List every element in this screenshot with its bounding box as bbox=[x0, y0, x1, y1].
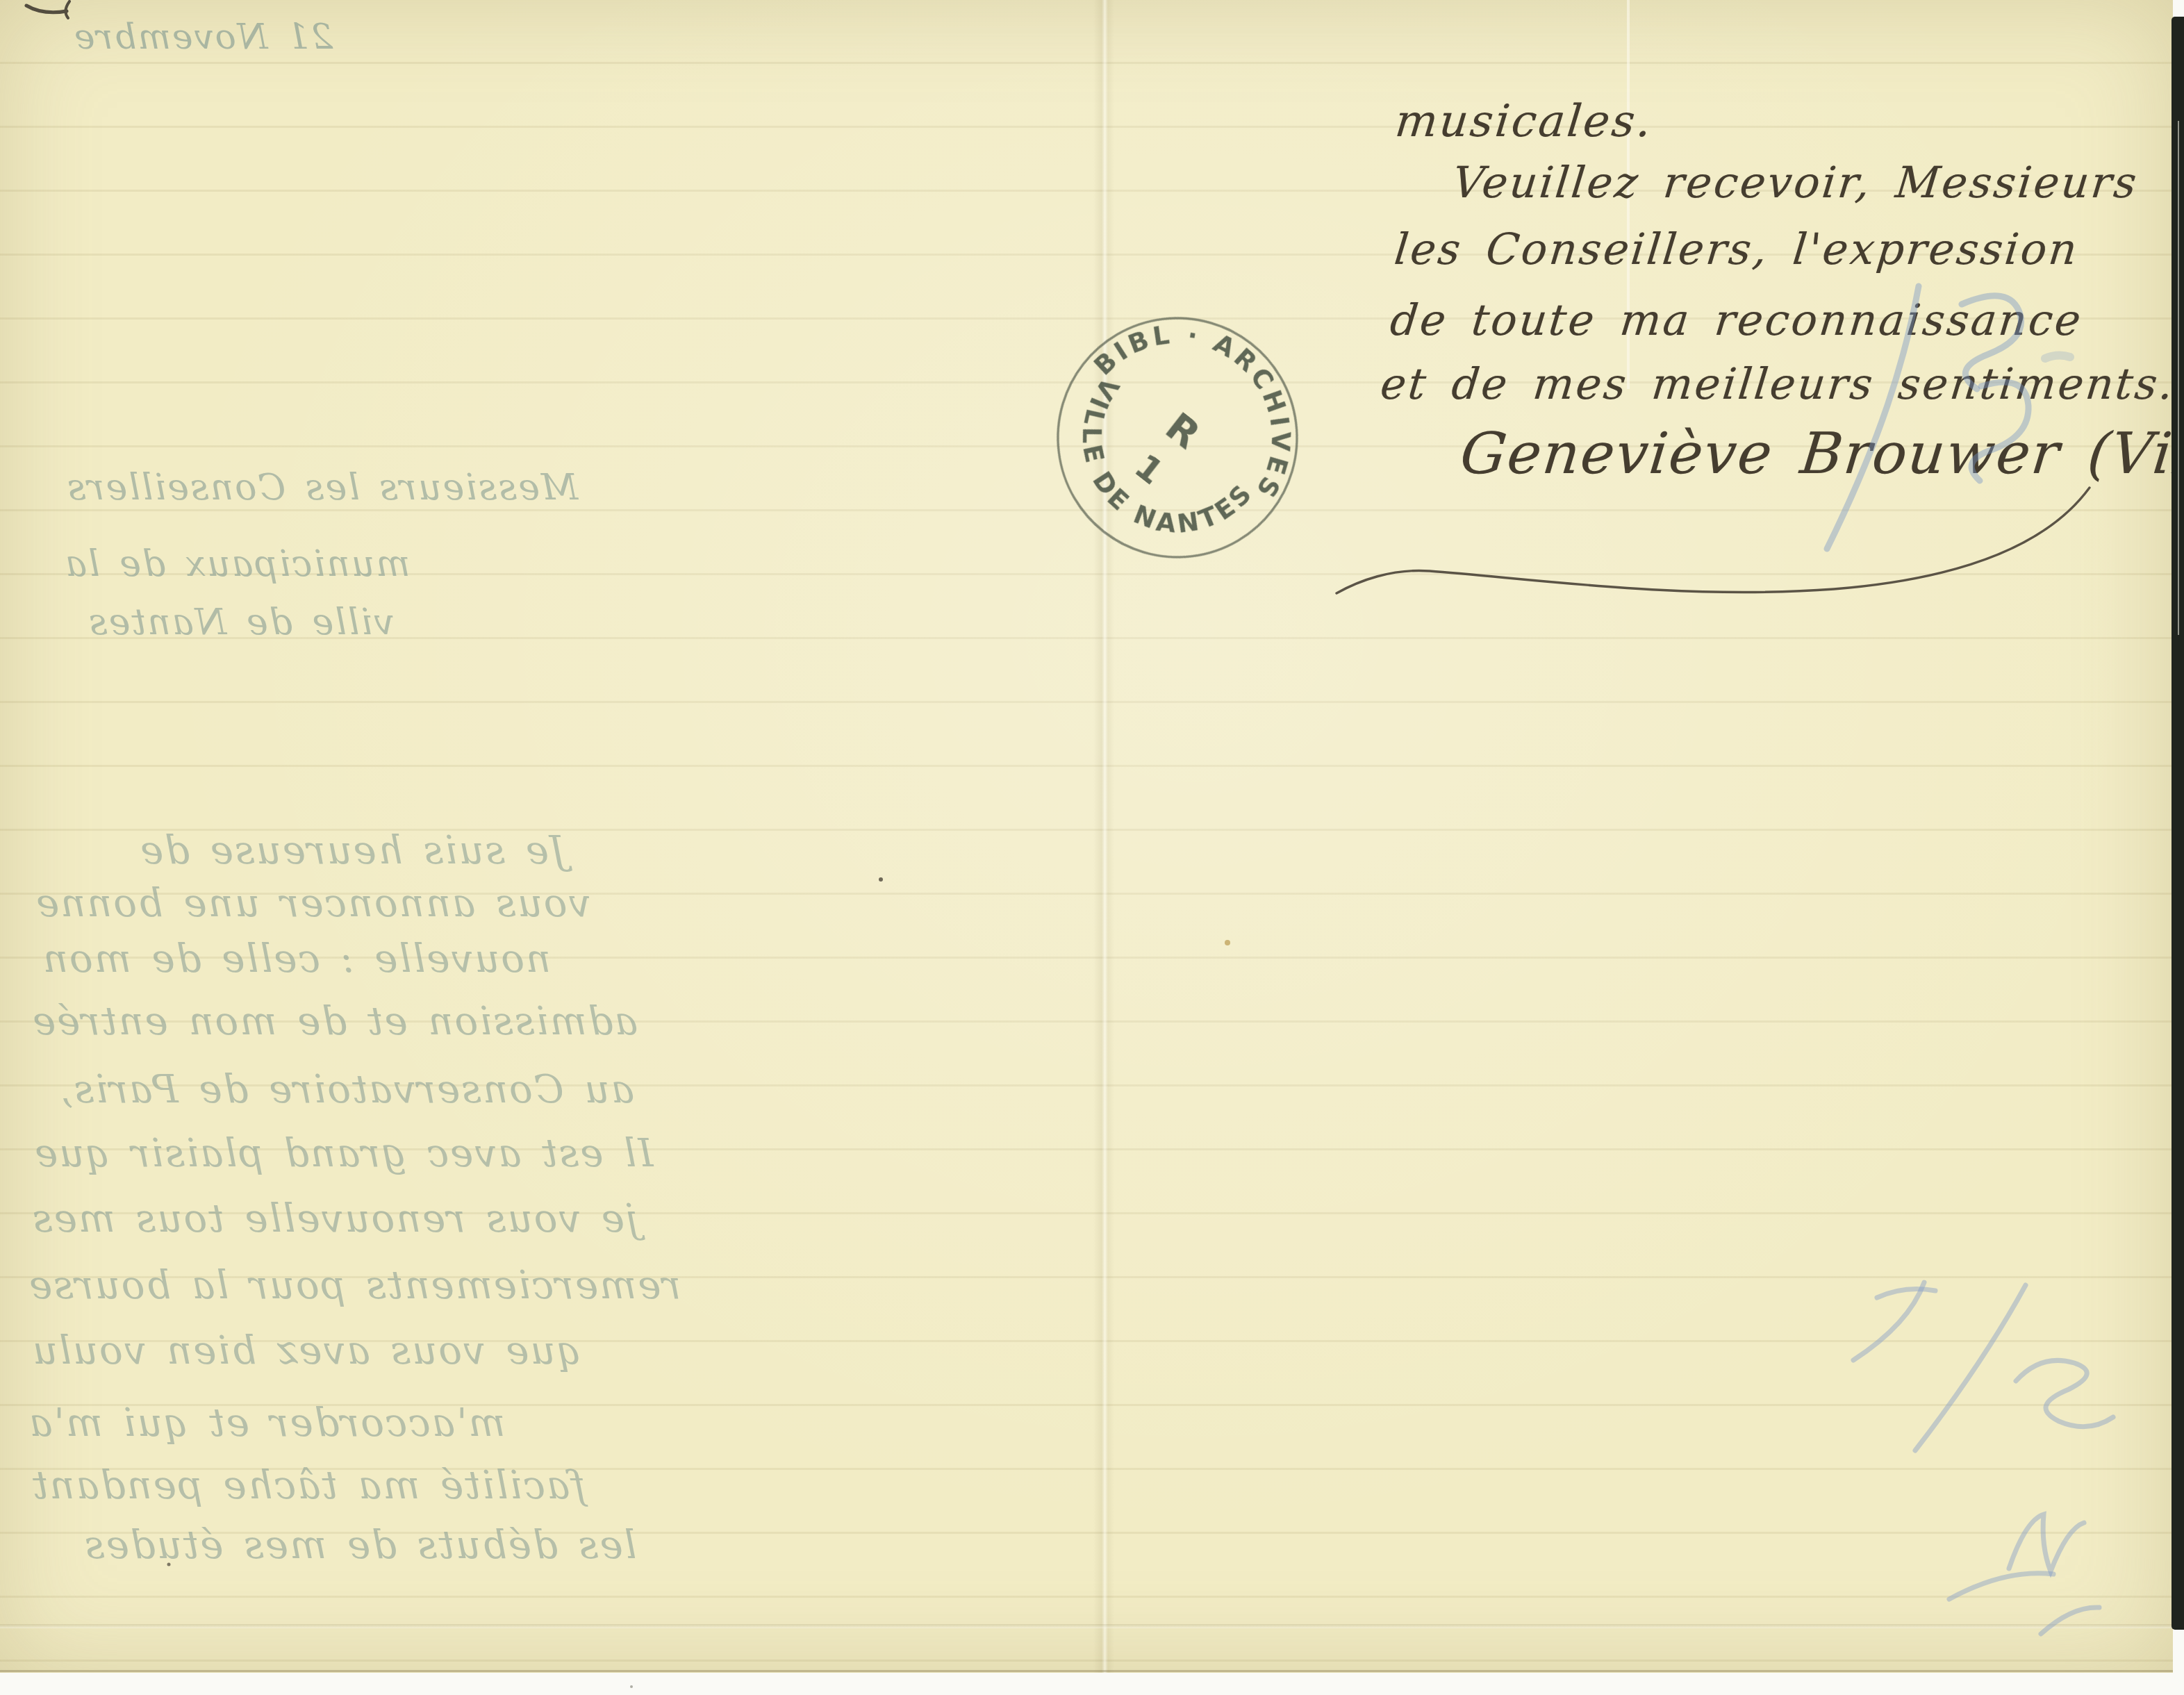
archive-stamp: BIBL · ARCHIVES VILLE DE NANTES R 1 bbox=[1045, 306, 1309, 570]
bleedthrough-body-line: admission et de mon entrée bbox=[31, 999, 638, 1044]
scan-edge-highlight bbox=[2178, 121, 2179, 635]
bleedthrough-body-line: facilité ma tâche pendant bbox=[31, 1463, 586, 1508]
bleedthrough-address-line: ville de Nantes bbox=[88, 602, 395, 643]
letter-line: de toute ma reconnaissance bbox=[1388, 295, 2085, 345]
bleedthrough-body-line: m'accorder et qui m'a bbox=[28, 1400, 506, 1446]
bleedthrough-date: 21 Novembre bbox=[73, 17, 333, 57]
bleedthrough-address-line: municipaux de la bbox=[64, 543, 411, 585]
signature: Geneviève Brouwer (Vix) bbox=[1457, 421, 2184, 487]
bleedthrough-body-line: Il est avec grand plaisir que bbox=[33, 1131, 653, 1176]
bleedthrough-body-line: que vous avez bien voulu bbox=[31, 1328, 581, 1373]
bleedthrough-body-line: je vous renouvelle tous mes bbox=[31, 1196, 638, 1241]
bleedthrough-body-line: vous annoncer une bonne bbox=[35, 881, 590, 926]
bleedthrough-body-line: les débuts de mes études bbox=[83, 1523, 637, 1568]
letter-line: les Conseillers, l'expression bbox=[1392, 224, 2081, 274]
svg-text:BIBL · ARCHIVES: BIBL · ARCHIVES bbox=[1086, 271, 1344, 508]
letter-scan: 21 Novembre Messieurs les Conseillers mu… bbox=[0, 0, 2184, 1695]
center-fold-crease bbox=[1093, 0, 1114, 1673]
letter-line: Veuillez recevoir, Messieurs bbox=[1450, 157, 2141, 208]
bleedthrough-address-line: Messieurs les Conseillers bbox=[66, 467, 578, 508]
paper-bottom-edge bbox=[0, 1670, 2173, 1672]
letter-line: et de mes meilleurs sentiments. bbox=[1378, 358, 2178, 409]
bleedthrough-body-line: nouvelle : celle de mon bbox=[42, 936, 551, 982]
bleedthrough-body-line: remerciements pour la bourse bbox=[28, 1263, 681, 1308]
bottom-fold-crease bbox=[0, 1624, 2173, 1628]
stamp-center-number: 1 bbox=[1127, 446, 1171, 493]
bleedthrough-body-line: au Conservatoire de Paris, bbox=[59, 1067, 634, 1112]
letter-line-opening: musicales. bbox=[1393, 96, 1656, 147]
stamp-center-letter: R bbox=[1157, 404, 1209, 458]
scan-edge-strip bbox=[2171, 17, 2184, 1630]
stamp-arc-top-text: BIBL · ARCHIVES bbox=[1086, 271, 1344, 508]
bleedthrough-body-line: Je suis heureuse de bbox=[139, 828, 566, 873]
